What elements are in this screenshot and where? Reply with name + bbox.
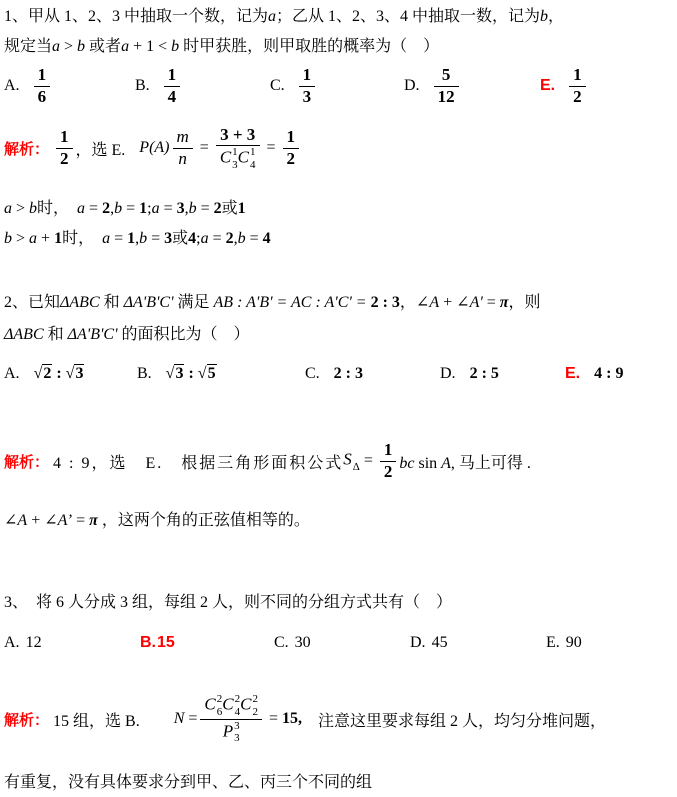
text-segment: = bbox=[72, 512, 89, 529]
fraction-denominator: 3 bbox=[299, 87, 316, 107]
text-segment: a bbox=[52, 38, 60, 55]
radical: √2 bbox=[34, 364, 53, 382]
fraction-numerator: 3 + 3 bbox=[216, 125, 260, 146]
text-segment: A’ bbox=[58, 512, 73, 529]
text-segment: = bbox=[184, 710, 197, 727]
fraction-numerator: 5 bbox=[434, 65, 459, 86]
subscript: 3 bbox=[234, 732, 240, 745]
superscript bbox=[353, 448, 360, 461]
text-segment: 1、甲从 1、2、3 中抽取一个数，记为 bbox=[4, 8, 268, 25]
symbol-base: S bbox=[343, 450, 352, 469]
text-segment: 满足 bbox=[174, 294, 214, 311]
analysis-lead-text: 15 组，选 B. bbox=[53, 708, 140, 731]
option-value: 12 bbox=[26, 634, 42, 652]
option-value: √2 : √3 bbox=[34, 365, 85, 383]
option-label: D. bbox=[404, 77, 420, 95]
option-label: B. bbox=[135, 77, 150, 95]
symbol-base: C bbox=[204, 695, 215, 714]
text-segment: ，这两个角的正弦值相等的。 bbox=[98, 512, 310, 529]
fraction-numerator: 1 bbox=[34, 65, 51, 86]
option-label: D. bbox=[440, 365, 456, 383]
grouping-fraction: C26C24C22 P33 bbox=[200, 693, 262, 745]
symbol-base: C bbox=[240, 695, 251, 714]
superscript: 3 bbox=[234, 720, 240, 733]
superscript: 1 bbox=[250, 146, 256, 159]
subscript: 2 bbox=[252, 706, 258, 719]
question-2-stem-line-2: ΔABC 和 ΔA'B'C' 的面积比为（ ） bbox=[4, 324, 250, 346]
fraction-numerator: 1 bbox=[164, 65, 181, 86]
q2-option-c: C. 2 : 3 bbox=[305, 356, 363, 392]
question-2-options: A. √2 : √3 B. √3 : √5 C. 2 : 3 D. 2 : 5 … bbox=[0, 356, 677, 392]
text-segment: A bbox=[429, 294, 439, 311]
text-segment: ；乙从 1、2、3、4 中抽取一数，记为 bbox=[276, 8, 540, 25]
text-segment: bc bbox=[399, 455, 414, 472]
text-segment: , 马上可得 . bbox=[451, 455, 531, 472]
option-label-highlighted: E. bbox=[540, 77, 555, 95]
option-label: C. bbox=[305, 365, 320, 383]
combination-c31: C13 bbox=[220, 146, 238, 171]
text-segment: 3 bbox=[164, 230, 172, 247]
equals-sign: = bbox=[200, 139, 209, 157]
equals-sign: = bbox=[364, 452, 373, 470]
text-segment: π bbox=[500, 294, 509, 311]
text-segment: 时， bbox=[37, 200, 77, 217]
area-symbol-s-delta: S Δ bbox=[343, 448, 360, 473]
text-segment: AB : A'B' = AC : A'C' = bbox=[214, 294, 371, 311]
formula-tail-text: bc sin A, 马上可得 . bbox=[399, 450, 531, 473]
analysis-label: 解析： bbox=[4, 709, 49, 730]
fraction: 12 bbox=[569, 65, 586, 107]
text-segment: 3 bbox=[177, 200, 185, 217]
question-1-stem-line-1: 1、甲从 1、2、3 中抽取一个数，记为a；乙从 1、2、3、4 中抽取一数，记… bbox=[4, 6, 564, 28]
text-segment: + 1 < bbox=[129, 38, 171, 55]
text-segment: = bbox=[122, 200, 139, 217]
text-segment: ∠ bbox=[4, 512, 17, 529]
combination-c22: C22 bbox=[240, 693, 258, 718]
q3-option-c: C. 30 bbox=[274, 630, 311, 656]
fraction-numerator: C26C24C22 bbox=[200, 693, 262, 719]
option-label: A. bbox=[4, 77, 20, 95]
fraction-numerator: 1 bbox=[56, 127, 73, 148]
fraction-denominator: 2 bbox=[569, 87, 586, 107]
fraction-numerator: 1 bbox=[569, 65, 586, 86]
option-value: 90 bbox=[566, 634, 582, 652]
text-segment: = bbox=[110, 230, 127, 247]
text-segment: 或 bbox=[222, 200, 238, 217]
text-segment: 有重复，没有具体要求分到甲、乙、丙三个不同的组 bbox=[4, 774, 372, 791]
text-segment: b bbox=[171, 38, 179, 55]
text-segment: b bbox=[139, 230, 147, 247]
radicand: 5 bbox=[207, 364, 217, 382]
text-segment: a bbox=[77, 200, 85, 217]
question-3-analysis: 解析： 15 组，选 B. N = C26C24C22 P33 = 15, 注意… bbox=[4, 684, 606, 754]
question-2-analysis: 解析： 4 : 9，选 E. 根据三角形面积公式 S Δ = 12 bc sin… bbox=[4, 430, 531, 492]
text-segment: = bbox=[197, 200, 214, 217]
text-segment: b bbox=[114, 200, 122, 217]
option-label: E. bbox=[546, 634, 560, 652]
case-a-greater-b: a > b时， a = 2,b = 1;a = 3,b = 2或1 bbox=[4, 198, 246, 220]
text-segment: ，则 bbox=[509, 294, 541, 311]
analysis-label: 解析： bbox=[4, 138, 49, 159]
text-segment: 2 : 3 bbox=[371, 294, 400, 311]
angle-supplement-note: ∠A + ∠A’ = π ，这两个角的正弦值相等的。 bbox=[4, 510, 310, 532]
question-3-stem: 3、 将 6 人分成 3 组，每组 2 人，则不同的分组方式共有（ ） bbox=[4, 592, 452, 614]
q2-option-e-correct: E. 4 : 9 bbox=[565, 356, 623, 392]
text-segment: 的面积比为（ ） bbox=[118, 326, 250, 343]
radicand: 2 bbox=[42, 364, 52, 382]
fraction: 13 bbox=[299, 65, 316, 107]
q3-option-d: D. 45 bbox=[410, 630, 448, 656]
formula-result: 15, bbox=[282, 710, 302, 728]
text-segment: + ∠ bbox=[27, 512, 57, 529]
fraction-denominator: n bbox=[173, 149, 193, 169]
option-value: 30 bbox=[295, 634, 311, 652]
subscript: Δ bbox=[353, 461, 360, 474]
text-segment: b bbox=[540, 8, 548, 25]
text-segment: 或者 bbox=[85, 38, 121, 55]
fraction-numerator: m bbox=[173, 127, 193, 148]
option-value: 2 : 5 bbox=[470, 365, 499, 383]
text-segment: a bbox=[102, 230, 110, 247]
case-b-greater-a-plus-1: b > a + 1时， a = 1,b = 3或4;a = 2,b = 4 bbox=[4, 228, 271, 250]
text-segment: a bbox=[152, 200, 160, 217]
text-segment: 2 bbox=[214, 200, 222, 217]
text-segment: a bbox=[29, 230, 37, 247]
radical: √3 bbox=[166, 364, 185, 382]
text-segment: 和 bbox=[100, 294, 124, 311]
text-segment: 2、已知 bbox=[4, 294, 60, 311]
superscript: 2 bbox=[252, 693, 258, 706]
text-segment: a bbox=[268, 8, 276, 25]
analysis-3-continuation: 有重复，没有具体要求分到甲、乙、丙三个不同的组 bbox=[4, 772, 372, 794]
q1-option-e-correct: E. 12 bbox=[540, 60, 589, 112]
one-half-fraction: 12 bbox=[380, 440, 397, 482]
text-segment: A bbox=[441, 455, 451, 472]
analysis-note-text: 注意这里要求每组 2 人，均匀分堆问题， bbox=[302, 708, 606, 731]
option-label: B. bbox=[137, 365, 152, 383]
text-segment: 2 bbox=[226, 230, 234, 247]
combination-c42: C24 bbox=[222, 693, 240, 718]
text-segment: b bbox=[238, 230, 246, 247]
text-segment: 4 bbox=[188, 230, 196, 247]
answer-fraction: 12 bbox=[56, 127, 73, 169]
text-segment: 1 bbox=[127, 230, 135, 247]
option-label: D. bbox=[410, 634, 426, 652]
q2-option-b: B. √3 : √5 bbox=[137, 356, 217, 392]
question-2-stem-line-1: 2、已知ΔABC 和 ΔA'B'C' 满足 AB : A'B' = AC : A… bbox=[4, 292, 541, 314]
text-segment: 时， bbox=[62, 230, 102, 247]
question-1-options: A. 16 B. 14 C. 13 D. 512 E. 12 bbox=[0, 60, 677, 112]
text-segment: A bbox=[17, 512, 27, 529]
text-segment: a bbox=[121, 38, 129, 55]
question-1-analysis: 解析： 12 ，选 E. P(A) mn = 3 + 3 C13C14 = 12 bbox=[4, 122, 302, 174]
q1-option-c: C. 13 bbox=[270, 60, 318, 112]
fraction-denominator: 2 bbox=[56, 149, 73, 169]
option-value: √3 : √5 bbox=[166, 365, 217, 383]
text-segment: + bbox=[37, 230, 54, 247]
option-label: A. bbox=[4, 365, 20, 383]
text-segment: = bbox=[209, 230, 226, 247]
text-segment: = bbox=[483, 294, 500, 311]
option-value: 4 : 9 bbox=[594, 365, 623, 383]
option-value-highlighted: 15 bbox=[157, 634, 175, 652]
text-segment: b bbox=[189, 200, 197, 217]
fraction-numerator: 1 bbox=[380, 440, 397, 461]
text-segment: 1 bbox=[139, 200, 147, 217]
radicand: 3 bbox=[74, 364, 84, 382]
permutation-p33: P33 bbox=[223, 720, 240, 745]
q3-option-b-correct: B. 15 bbox=[140, 630, 175, 656]
q2-option-a: A. √2 : √3 bbox=[4, 356, 84, 392]
equals-sign: = bbox=[267, 139, 276, 157]
fraction-denominator: 4 bbox=[164, 87, 181, 107]
q3-option-a: A. 12 bbox=[4, 630, 42, 656]
text-segment: + ∠ bbox=[439, 294, 469, 311]
combination-c62: C26 bbox=[204, 693, 222, 718]
text-segment: 1 bbox=[238, 200, 246, 217]
text-segment: 2 bbox=[102, 200, 110, 217]
text-segment: a bbox=[4, 200, 12, 217]
text-segment: A' bbox=[470, 294, 483, 311]
fraction-numerator: 1 bbox=[283, 127, 300, 148]
text-segment: b bbox=[29, 200, 37, 217]
grouping-formula-lhs: N = bbox=[174, 710, 198, 728]
fraction: 14 bbox=[164, 65, 181, 107]
fraction-m-over-n: mn bbox=[173, 127, 193, 169]
radical-sign: √ bbox=[198, 365, 207, 382]
combination-c41: C14 bbox=[238, 146, 256, 171]
option-value: 45 bbox=[432, 634, 448, 652]
analysis-lead-text: 4 : 9，选 E. 根据三角形面积公式 bbox=[53, 450, 343, 473]
analysis-label: 解析： bbox=[4, 451, 49, 472]
option-label: C. bbox=[270, 77, 285, 95]
chosen-answer-text: ，选 E. bbox=[76, 137, 126, 160]
text-segment: b bbox=[4, 230, 12, 247]
text-segment: > bbox=[60, 38, 77, 55]
text-segment: ，选 E. bbox=[76, 142, 126, 159]
q1-option-a: A. 16 bbox=[4, 60, 53, 112]
text-segment: 1 bbox=[54, 230, 62, 247]
radical: √3 bbox=[66, 364, 85, 382]
fraction-denominator: P33 bbox=[200, 720, 262, 745]
result-fraction: 12 bbox=[283, 127, 300, 169]
fraction-denominator: 2 bbox=[283, 149, 300, 169]
text-segment: = bbox=[147, 230, 164, 247]
option-label-highlighted: E. bbox=[565, 365, 580, 383]
text-segment: ΔABC bbox=[4, 326, 44, 343]
fraction-denominator: 6 bbox=[34, 87, 51, 107]
question-1-stem-line-2: 规定当a > b 或者a + 1 < b 时甲获胜，则甲取胜的概率为（ ） bbox=[4, 36, 439, 58]
fraction-numerator: 1 bbox=[299, 65, 316, 86]
text-segment: 和 bbox=[44, 326, 68, 343]
option-label-highlighted: B. bbox=[140, 634, 156, 652]
option-value: 2 : 3 bbox=[334, 365, 363, 383]
symbol-base: C bbox=[222, 695, 233, 714]
radical: √5 bbox=[198, 364, 217, 382]
symbol-base: C bbox=[238, 148, 249, 167]
text-segment: N bbox=[174, 710, 185, 727]
text-segment: ΔABC bbox=[60, 294, 100, 311]
text-segment: > bbox=[12, 200, 29, 217]
fraction-denominator: C13C14 bbox=[216, 146, 260, 171]
text-segment: 4 : 9，选 E. 根据三角形面积公式 bbox=[53, 455, 343, 472]
fraction: 16 bbox=[34, 65, 51, 107]
text-segment: 或 bbox=[172, 230, 188, 247]
q3-option-e: E. 90 bbox=[546, 630, 582, 656]
equals-sign: = bbox=[269, 710, 278, 728]
text-segment: P(A) bbox=[139, 139, 169, 156]
text-segment: = bbox=[160, 200, 177, 217]
text-segment: 时甲获胜，则甲取胜的概率为（ ） bbox=[179, 38, 439, 55]
text-segment: 15 组，选 B. bbox=[53, 713, 140, 730]
text-segment: ，∠ bbox=[400, 294, 429, 311]
text-segment: ， bbox=[548, 8, 564, 25]
text-segment: = bbox=[85, 200, 102, 217]
text-segment: 4 bbox=[263, 230, 271, 247]
radicand: 3 bbox=[174, 364, 184, 382]
q2-option-d: D. 2 : 5 bbox=[440, 356, 499, 392]
text-segment: > bbox=[12, 230, 29, 247]
text-segment: ΔA'B'C' bbox=[124, 294, 174, 311]
text-segment: b bbox=[77, 38, 85, 55]
text-segment: π bbox=[89, 512, 98, 529]
fraction-denominator: 2 bbox=[380, 462, 397, 482]
question-3-options: A. 12 B. 15 C. 30 D. 45 E. 90 bbox=[0, 630, 677, 656]
option-label: C. bbox=[274, 634, 289, 652]
fraction-denominator: 12 bbox=[434, 87, 459, 107]
probability-formula-lhs: P(A) bbox=[139, 139, 169, 157]
text-segment: = bbox=[246, 230, 263, 247]
symbol-base: P bbox=[223, 721, 233, 740]
subscript: 4 bbox=[250, 159, 256, 172]
text-segment: sin bbox=[414, 455, 441, 472]
text-segment: 3、 将 6 人分成 3 组，每组 2 人，则不同的分组方式共有（ ） bbox=[4, 594, 452, 611]
symbol-base: C bbox=[220, 148, 231, 167]
text-segment: 注意这里要求每组 2 人，均匀分堆问题， bbox=[302, 713, 606, 730]
text-segment: a bbox=[201, 230, 209, 247]
option-label: A. bbox=[4, 634, 20, 652]
text-segment: ΔA'B'C' bbox=[68, 326, 118, 343]
document-page: 1、甲从 1、2、3 中抽取一个数，记为a；乙从 1、2、3、4 中抽取一数，记… bbox=[0, 0, 677, 797]
text-segment: 规定当 bbox=[4, 38, 52, 55]
q1-option-b: B. 14 bbox=[135, 60, 183, 112]
fraction-combinations: 3 + 3 C13C14 bbox=[216, 125, 260, 172]
fraction: 512 bbox=[434, 65, 459, 107]
q1-option-d: D. 512 bbox=[404, 60, 462, 112]
